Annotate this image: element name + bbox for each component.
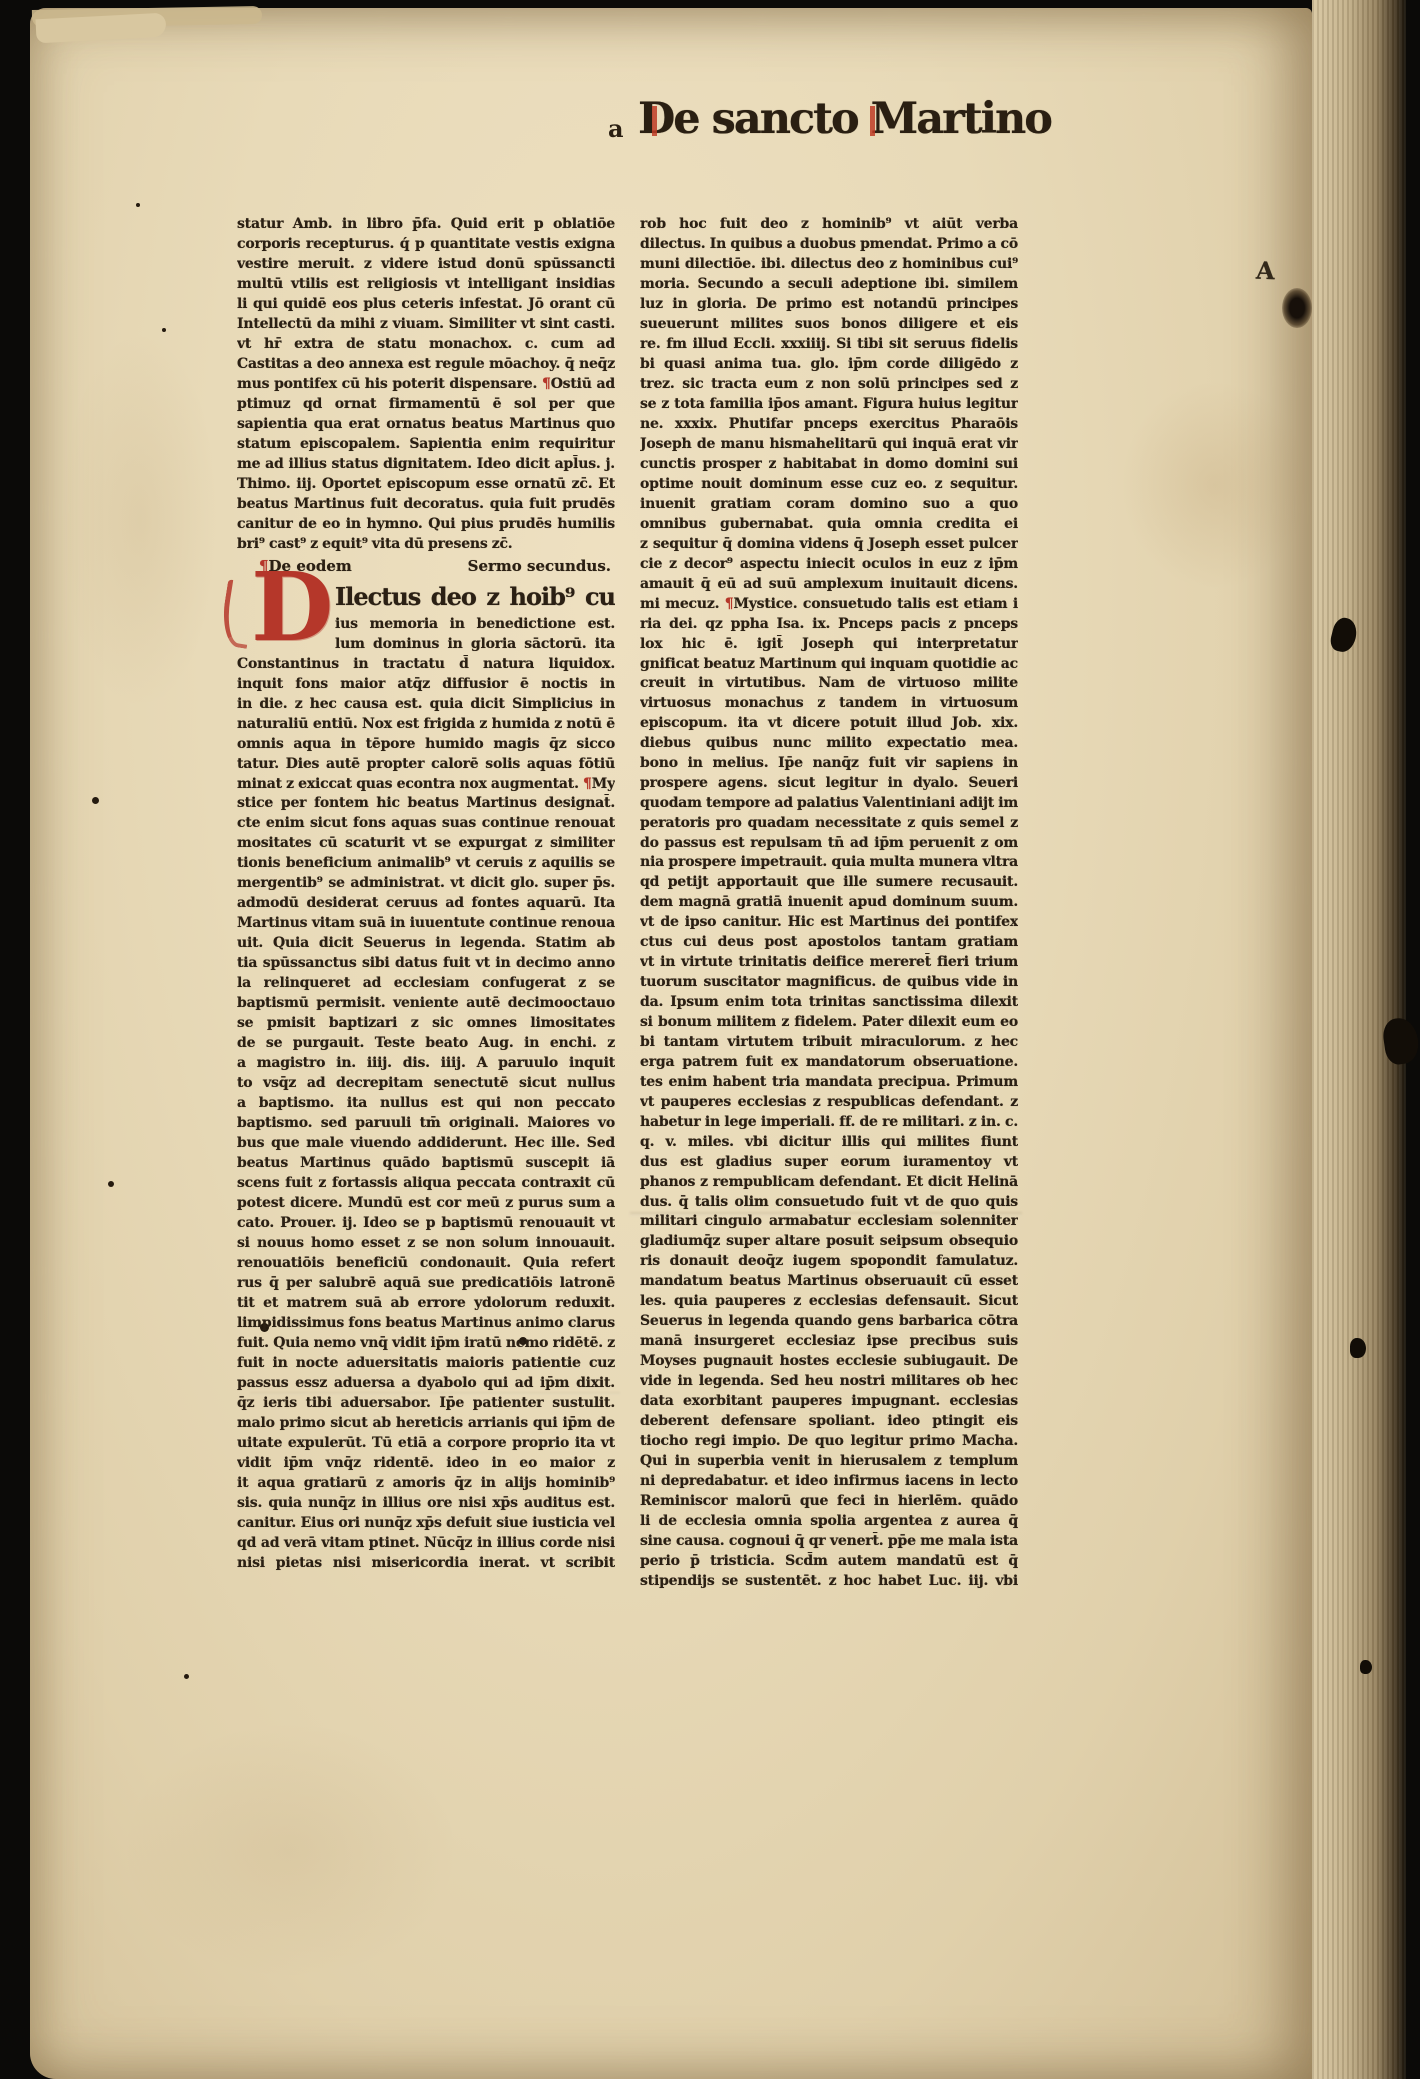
text-line: episcopum. ita vt dicere potuit illud Jo… [640, 714, 1018, 734]
text-line: mus pontifex cū his poterit dispensare. … [237, 375, 615, 395]
text-line: uitate expulerūt. Tū etiā a corpore prop… [237, 1434, 615, 1454]
text-line: Thimo. iij. Oportet episcopum esse ornat… [237, 475, 615, 495]
text-line: canitur. Eius ori nunq̄z xp̄s defuit siu… [237, 1514, 615, 1534]
text-line: malo primo sicut ab hereticis arrianis q… [237, 1414, 615, 1434]
text-line: tiocho regi impio. De quo legitur primo … [640, 1432, 1018, 1452]
text-line: dilectus. In quibus a duobus pmendat. Pr… [640, 235, 1018, 255]
sermon-opening: D Ilectus deo z hoib⁹ cu ius memoria in … [237, 579, 615, 1574]
text-line: creuit in virtutibus. Nam de virtuoso mi… [640, 674, 1018, 694]
text-line: fuit in nocte aduersitatis maioris patie… [237, 1354, 615, 1374]
text-line: limpidissimus fons beatus Martinus animo… [237, 1314, 615, 1334]
text-line: q. v. miles. vbi dicitur illis qui milit… [640, 1133, 1018, 1153]
section-heading-right: Sermo secundus. [468, 556, 611, 576]
text-line: tuorum suscitator magnificus. de quibus … [640, 973, 1018, 993]
text-line: tit et matrem suā ab errore ydolorum red… [237, 1294, 615, 1314]
text-line: cie z decor⁹ aspectu iniecit oculos in e… [640, 555, 1018, 575]
text-line: sine causa. cognoui q̄ qr venert̄. pp̄e … [640, 1532, 1018, 1552]
text-line: gnificat beatuz Martinum qui inquam quot… [640, 655, 1018, 675]
text-line: canitur de eo in hymno. Qui pius prudēs … [237, 515, 615, 535]
text-line: habetur in lege imperiali. ff. de re mil… [640, 1113, 1018, 1133]
text-line: bi tantam virtutem tribuit miraculorum. … [640, 1033, 1018, 1053]
text-line: me ad illius status dignitatem. Ideo dic… [237, 455, 615, 475]
text-line: passus essz aduersa a dyabolo qui ad ip̄… [237, 1374, 615, 1394]
drop-cap-initial-D: D [237, 579, 331, 637]
text-line: vt de ipso canitur. Hic est Martinus dei… [640, 913, 1018, 933]
text-line: de se purgauit. Teste beato Aug. in ench… [237, 1034, 615, 1054]
ink-spot [162, 328, 166, 332]
text-line: erga patrem fuit ex mandatorum obseruati… [640, 1053, 1018, 1073]
text-line: bus que male viuendo addiderunt. Hec ill… [237, 1134, 615, 1154]
text-line: naturaliū entiū. Nox est frigida z humid… [237, 715, 615, 735]
text-line: to vsq̄z ad decrepitam senectutē sicut n… [237, 1074, 615, 1094]
text-line: ria dei. qz ppha Isa. ix. Pnceps pacis z… [640, 615, 1018, 635]
ink-spot [108, 1181, 114, 1187]
text-column-left: statur Amb. in libro p̄fa. Quid erit p o… [237, 215, 615, 1574]
text-line: Qui in superbia venit in hierusalem z te… [640, 1452, 1018, 1472]
text-line: Joseph de manu hismahelitarū qui inquā e… [640, 435, 1018, 455]
text-line: nisi pietas nisi misericordia inerat. vt… [237, 1554, 615, 1574]
text-line: ptimuz qd ornat firmamentū ē sol per que… [237, 395, 615, 415]
ink-spot [136, 203, 140, 207]
text-line: ris donauit deoq̄z iugem spopondit famul… [640, 1252, 1018, 1272]
text-line: bono in melius. Ip̄e nanq̄z fuit vir sap… [640, 754, 1018, 774]
running-title: a De sancto Martino [612, 94, 1032, 156]
text-line: militari cingulo armabatur ecclesiam sol… [640, 1212, 1018, 1232]
text-line: lum dominus in gloria sāctorū. ita scrib… [335, 635, 615, 655]
text-line: a baptismo. ita nullus est qui non pecca… [237, 1094, 615, 1114]
headline-flourish: a [608, 114, 624, 143]
text-line: dus. q̄ talis olim consuetudo fuit vt de… [640, 1193, 1018, 1213]
text-line: fuit. Quia nemo vnq̄ vidit ip̄m iratū ne… [237, 1334, 615, 1354]
text-column-right: rob hoc fuit deo z hominib⁹ vt aiūt verb… [640, 215, 1018, 1592]
scanned-book-page: a De sancto Martino statur Amb. in libro… [0, 0, 1420, 2079]
text-line: si bonum militem z fidelem. Pater dilexi… [640, 1013, 1018, 1033]
text-line: scens fuit z fortassis aliqua peccata co… [237, 1174, 615, 1194]
text-line: nia prospere impetrauit. quia multa mune… [640, 853, 1018, 873]
text-line: quodam tempore ad palatius Valentiniani … [640, 794, 1018, 814]
text-line: ius memoria in benedictione est. similez… [335, 615, 615, 635]
text-line: dem magnā gratiā inuenit apud dominum su… [640, 893, 1018, 913]
paper-stain [120, 1720, 460, 1980]
text-line: sueuerunt milites suos bonos diligere et… [640, 315, 1018, 335]
text-line: gladiumq̄z super altare posuit seipsum o… [640, 1232, 1018, 1252]
text-line: inuenit gratiam coram domino suo a quo p… [640, 495, 1018, 515]
page-title: De sancto Martino [638, 94, 1051, 144]
text-line: Martinus vitam suā in iuuentute continue… [237, 914, 615, 934]
text-line: tia spūssanctus sibi datus fuit vt in de… [237, 954, 615, 974]
text-line: baptismū permisit. veniente autē decimoo… [237, 994, 615, 1014]
text-line: perio p̄ tristicia. Scd̄m autem mandatū … [640, 1552, 1018, 1572]
text-line: mandatum beatus Martinus obseruauit cū e… [640, 1272, 1018, 1292]
text-line: da. Ipsum enim tota trinitas sanctissima… [640, 993, 1018, 1013]
text-line: q̄z ieris tibi aduersabor. Ip̄e patiente… [237, 1394, 615, 1414]
text-line: tionis beneficium animalib⁹ vt ceruis z … [237, 854, 615, 874]
text-line: se pmisit baptizari z sic omnes limosita… [237, 1014, 615, 1034]
text-line: vidit ip̄m vnq̄z ridentē. ideo in eo mai… [237, 1454, 615, 1474]
text-line: li de ecclesia omnia spolia argentea z a… [640, 1512, 1018, 1532]
text-line: vestire meruit. z videre istud donū spūs… [237, 255, 615, 275]
text-line: rob hoc fuit deo z hominib⁹ vt aiūt verb… [640, 215, 1018, 235]
text-line: renouatiōis beneficiū condonauit. Quia r… [237, 1254, 615, 1274]
text-line: sis. quia nunq̄z in illius ore nisi xp̄s… [237, 1494, 615, 1514]
text-line: mositates cū scaturit vt se expurgat z s… [237, 834, 615, 854]
text-line: manā insurgeret ecclesiaz ipse precibus … [640, 1332, 1018, 1352]
text-line: rus q̄ per salubrē aquā sue predicatiōis… [237, 1274, 615, 1294]
ink-spot [92, 797, 99, 804]
text-line: les. quia pauperes z ecclesias defensaui… [640, 1292, 1018, 1312]
text-line: lox hic ē. igit̄ Joseph qui interpretatu… [640, 635, 1018, 655]
text-line: vide in legenda. Sed heu nostri militare… [640, 1372, 1018, 1392]
text-line: uit. Quia dicit Seuerus in legenda. Stat… [237, 934, 615, 954]
rubric-stroke [870, 106, 875, 136]
paper-stain [1120, 380, 1310, 590]
paragraph-block: lum dominus in gloria sāctorū. ita scrib… [237, 635, 615, 1574]
text-line: statum episcopalem. Sapientia enim requi… [237, 435, 615, 455]
text-line: amauit q̄ eū ad suū amplexum inuitauit d… [640, 575, 1018, 595]
text-line: optime nouit dominum esse cuz eo. z sequ… [640, 475, 1018, 495]
worm-hole [1282, 288, 1312, 328]
text-line: Moyses pugnauit hostes ecclesie subiugau… [640, 1352, 1018, 1372]
text-line: li qui quidē eos plus ceteris infestat. … [237, 295, 615, 315]
paper-stain [60, 330, 220, 710]
text-line: vt hr̄ extra de statu monachox. c. cum a… [237, 335, 615, 355]
margin-letter-A: A [1255, 256, 1275, 286]
text-line: beatus Martinus fuit decoratus. quia fui… [237, 495, 615, 515]
text-line: minat z exiccat quas econtra nox augment… [237, 775, 615, 795]
text-line: muni dilectiōe. ibi. dilectus deo z homi… [640, 255, 1018, 275]
text-line: mergentib⁹ se administrat. vt dicit glo.… [237, 874, 615, 894]
text-line: in die. z hec causa est. quia dicit Simp… [237, 695, 615, 715]
text-line: sapientia qua erat ornatus beatus Martin… [237, 415, 615, 435]
text-line: a magistro in. iiij. dis. iiij. A paruul… [237, 1054, 615, 1074]
ink-blot [1350, 1338, 1366, 1358]
incipit-line: Ilectus deo z hoib⁹ cu [335, 579, 615, 615]
text-line: ctus cui deus post apostolos tantam grat… [640, 933, 1018, 953]
text-line: moria. Secundo a seculi adeptione ibi. s… [640, 275, 1018, 295]
text-line: baptismo. sed paruuli tm̄ originali. Mai… [237, 1114, 615, 1134]
text-line: stipendijs se sustentēt. z hoc habet Luc… [640, 1572, 1018, 1592]
text-line: do passus est repulsam tn̄ ad ip̄m perue… [640, 834, 1018, 854]
text-line: bi quasi anima tua. glo. ip̄m corde dili… [640, 355, 1018, 375]
text-line: prospere agens. sicut legitur in dyalo. … [640, 774, 1018, 794]
text-line: cte enim sicut fons aquas suas continue … [237, 814, 615, 834]
text-line: qd ad verā vitam ptinet. Nūcq̄z in illiu… [237, 1534, 615, 1554]
text-line: dus est gladius super eorum iuramentoy v… [640, 1153, 1018, 1173]
text-line: la relinqueret ad ecclesiam confugerat z… [237, 974, 615, 994]
text-line: re. fm illud Eccli. xxxiiij. Si tibi sit… [640, 335, 1018, 355]
text-line: mi mecuz. ¶Mystice. consuetudo talis est… [640, 595, 1018, 615]
text-line: peratoris pro quadam necessitate z quis … [640, 814, 1018, 834]
text-line: ne. xxxix. Phutifar pnceps exercitus Pha… [640, 415, 1018, 435]
text-line: corporis recepturus. q́ p quantitate ves… [237, 235, 615, 255]
text-line: z sequitur q̄ domina videns q̄ Joseph es… [640, 535, 1018, 555]
text-line: Castitas a deo annexa est regule mōachoy… [237, 355, 615, 375]
text-line: statur Amb. in libro p̄fa. Quid erit p o… [237, 215, 615, 235]
text-line: Intellectū da mihi z viuam. Similiter vt… [237, 315, 615, 335]
text-line: stice per fontem hic beatus Martinus des… [237, 794, 615, 814]
text-line: si nouus homo esset z se non solum innou… [237, 1234, 615, 1254]
rubric-stroke [652, 106, 657, 136]
text-line: multū vtilis est religiosis vt intelliga… [237, 275, 615, 295]
text-line: cunctis prosper z habitabat in domo domi… [640, 455, 1018, 475]
text-line: omnibus gubernabat. quia omnia credita e… [640, 515, 1018, 535]
ink-spot [184, 1674, 189, 1679]
text-line: tes enim habent tria mandata precipua. P… [640, 1073, 1018, 1093]
text-line: virtuosus monachus z tandem in virtuosum… [640, 694, 1018, 714]
paragraph-block: statur Amb. in libro p̄fa. Quid erit p o… [237, 215, 615, 555]
text-line: omnis aqua in tēpore humido magis q̄z si… [237, 735, 615, 755]
text-line: it aqua gratiarū z amoris q̄z in alijs h… [237, 1474, 615, 1494]
text-line: admodū desiderat ceruus ad fontes aquarū… [237, 894, 615, 914]
text-line: cato. Prouer. ij. Ideo se p baptismū ren… [237, 1214, 615, 1234]
text-line: deberent defensare spoliant. ideo ptingi… [640, 1412, 1018, 1432]
text-line: trez. sic tracta eum z non solū principe… [640, 375, 1018, 395]
paragraph-block: rob hoc fuit deo z hominib⁹ vt aiūt verb… [640, 215, 1018, 1592]
text-line: luz in gloria. De primo est notandū prin… [640, 295, 1018, 315]
text-line: tatur. Dies autē propter calorē solis aq… [237, 755, 615, 775]
text-line: Reminiscor malorū que feci in hierlēm. q… [640, 1492, 1018, 1512]
text-line: vt in virtute trinitatis deifice mereret… [640, 953, 1018, 973]
text-line: Seuerus in legenda quando gens barbarica… [640, 1312, 1018, 1332]
text-line: diebus quibus nunc milito expectatio mea… [640, 734, 1018, 754]
ink-blot [1360, 1660, 1372, 1674]
text-line: se z tota familia ip̄os amant. Figura hu… [640, 395, 1018, 415]
text-line: data exorbitant pauperes impugnant. eccl… [640, 1392, 1018, 1412]
text-line: ni depredabatur. et ideo infirmus iacens… [640, 1472, 1018, 1492]
text-line: vt pauperes ecclesias z respublicas defe… [640, 1093, 1018, 1113]
text-line: inquit fons maior atq̄z diffusior ē noct… [237, 675, 615, 695]
text-line: beatus Martinus quādo baptismū suscepit … [237, 1154, 615, 1174]
text-line: qd petijt apportauit que ille sumere rec… [640, 873, 1018, 893]
text-line: phanos z rempublicam defendant. Et dicit… [640, 1173, 1018, 1193]
text-line: potest dicere. Mundū est cor meū z purus… [237, 1194, 615, 1214]
